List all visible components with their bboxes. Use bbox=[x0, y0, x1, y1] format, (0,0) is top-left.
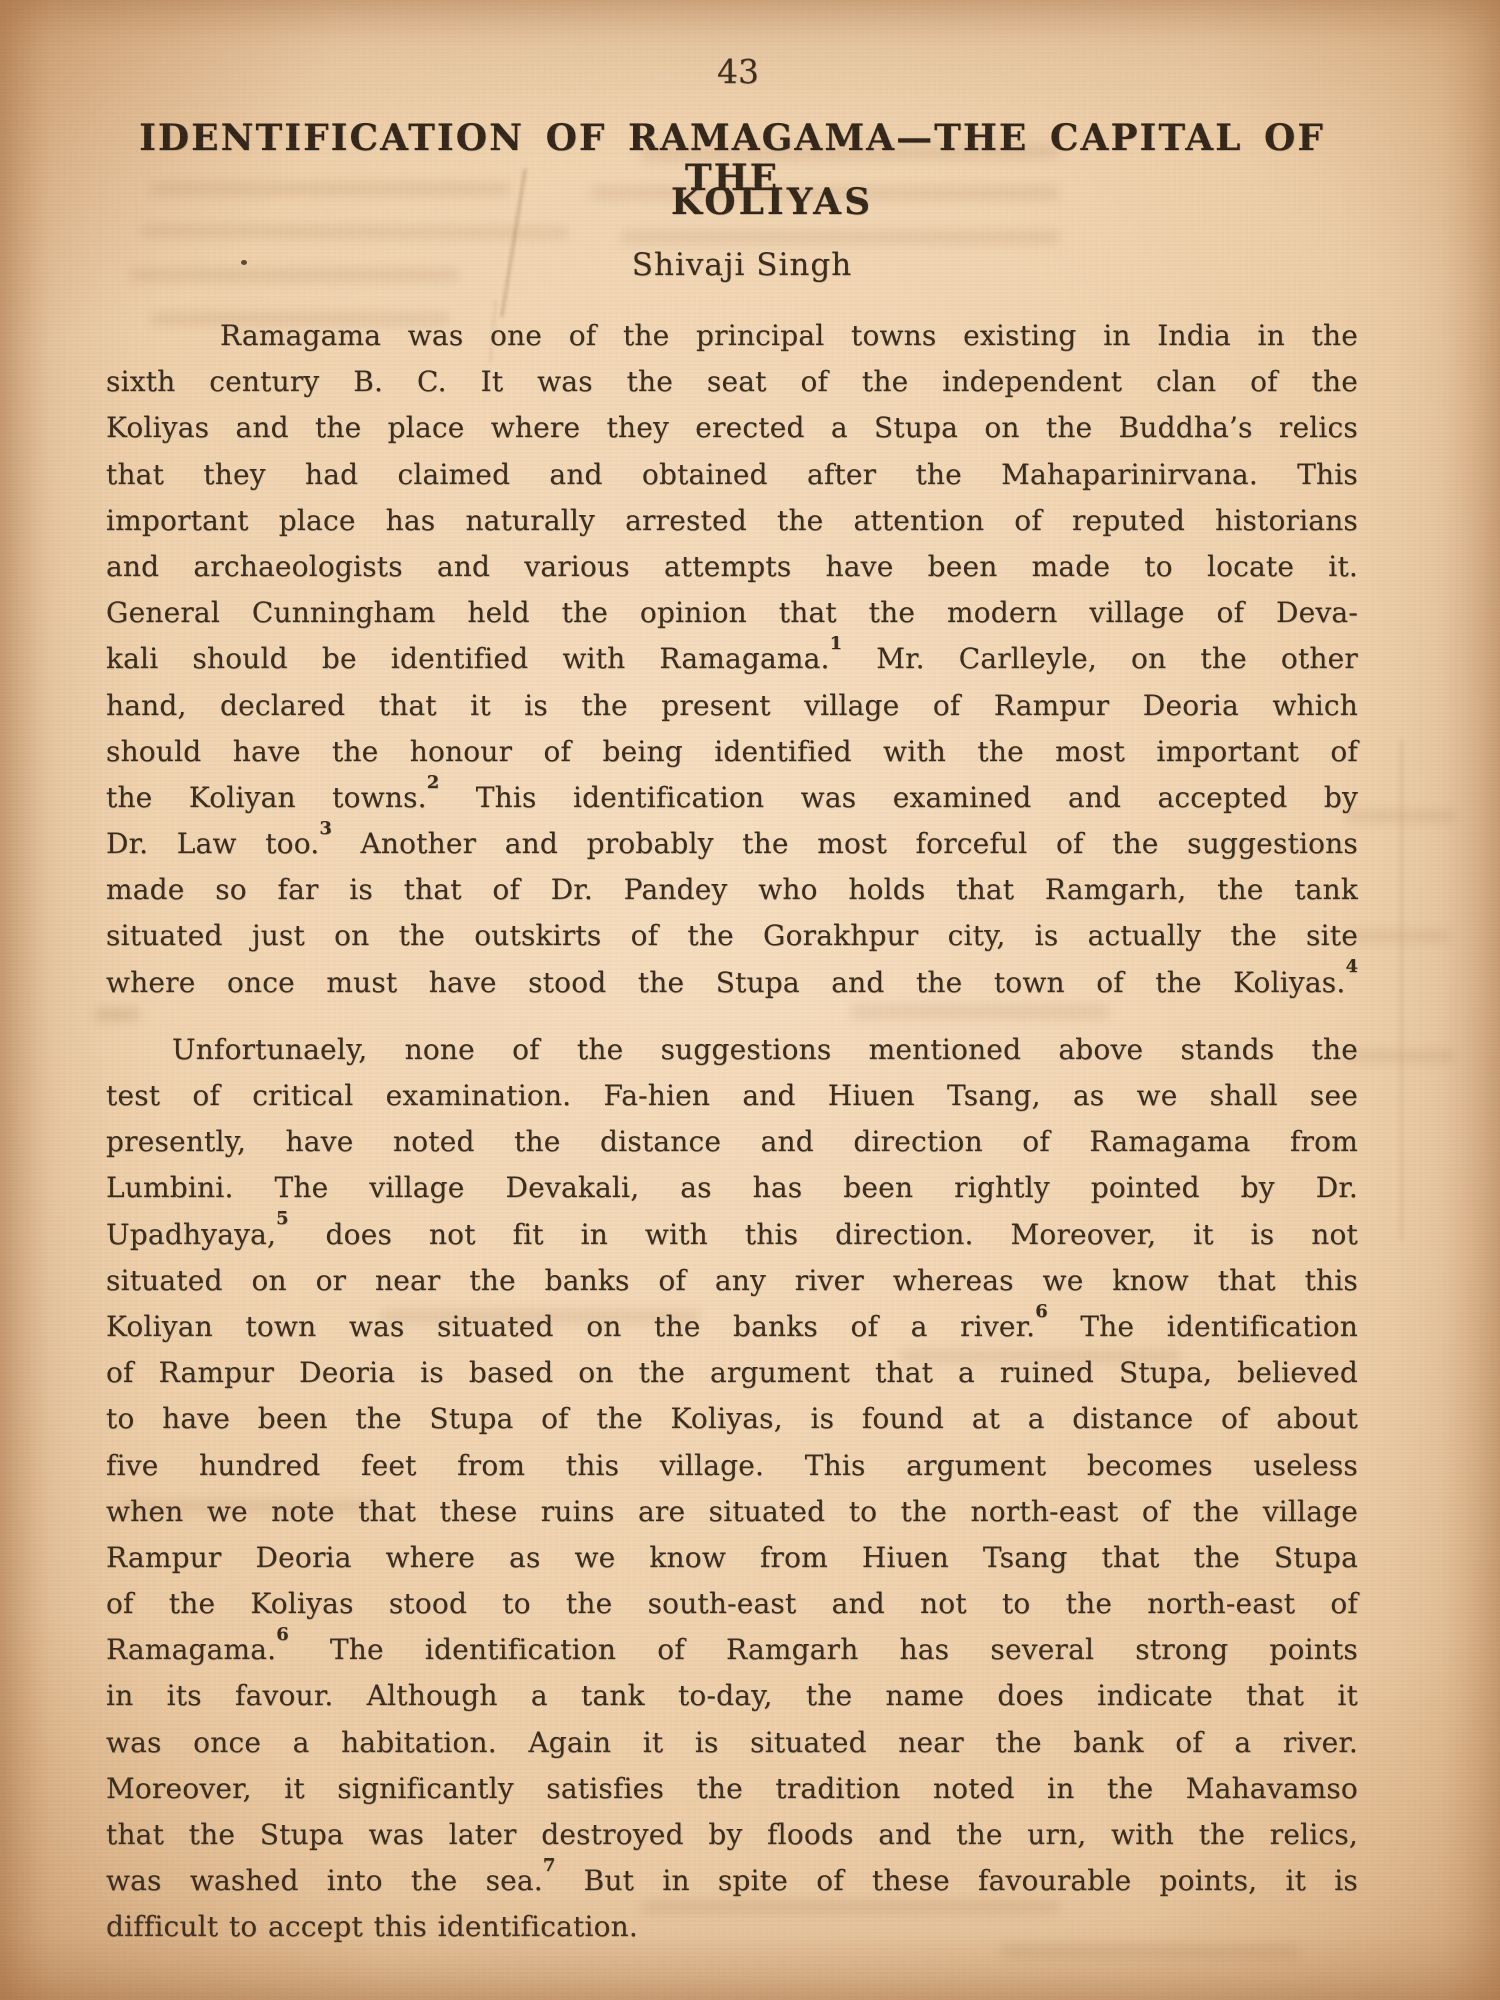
article-body: Ramagama was one of the principal towns … bbox=[106, 313, 1358, 1951]
text-line: test of critical examination. Fa-hien an… bbox=[106, 1073, 1358, 1119]
text-line: in its favour. Although a tank to-day, t… bbox=[106, 1673, 1358, 1719]
author-name: Shivaji Singh bbox=[116, 248, 1368, 282]
paper-crease bbox=[1400, 740, 1403, 1240]
text-line: Ramagama was one of the principal towns … bbox=[106, 313, 1358, 359]
footnote-marker: 1 bbox=[830, 633, 843, 654]
text-line: made so far is that of Dr. Pandey who ho… bbox=[106, 867, 1358, 913]
text-line: situated just on the outskirts of the Go… bbox=[106, 913, 1358, 959]
text-line: was washed into the sea.7 But in spite o… bbox=[106, 1858, 1358, 1904]
article-title-line2: KOLIYAS bbox=[146, 182, 1398, 222]
text-line: the Koliyan towns.2 This identification … bbox=[106, 775, 1358, 821]
text-line: of Rampur Deoria is based on the argumen… bbox=[106, 1350, 1358, 1396]
bleed-through-mark bbox=[620, 230, 1060, 244]
text-line: Moreover, it significantly satisfies the… bbox=[106, 1766, 1358, 1812]
paragraph: Unfortunaely, none of the suggestions me… bbox=[106, 1027, 1358, 1951]
text-line: that the Stupa was later destroyed by fl… bbox=[106, 1812, 1358, 1858]
text-line: Rampur Deoria where as we know from Hiue… bbox=[106, 1535, 1358, 1581]
text-line: where once must have stood the Stupa and… bbox=[106, 960, 1358, 1006]
bleed-through-mark bbox=[140, 224, 570, 240]
scanned-paper-page: 43 IDENTIFICATION OF RAMAGAMA—THE CAPITA… bbox=[0, 0, 1500, 2000]
text-line: Koliyas and the place where they erected… bbox=[106, 405, 1358, 451]
text-line: kali should be identified with Ramagama.… bbox=[106, 636, 1358, 682]
bleed-through-mark bbox=[1345, 810, 1455, 822]
page-number: 43 bbox=[112, 55, 1364, 88]
paragraph: Ramagama was one of the principal towns … bbox=[106, 313, 1358, 1006]
text-line: presently, have noted the distance and d… bbox=[106, 1119, 1358, 1165]
text-line: difficult to accept this identification. bbox=[106, 1904, 1358, 1950]
text-line: situated on or near the banks of any riv… bbox=[106, 1258, 1358, 1304]
text-line: of the Koliyas stood to the south-east a… bbox=[106, 1581, 1358, 1627]
bleed-through-mark bbox=[1345, 1050, 1455, 1062]
text-line: sixth century B. C. It was the seat of t… bbox=[106, 359, 1358, 405]
footnote-marker: 2 bbox=[427, 772, 440, 793]
text-line: General Cunningham held the opinion that… bbox=[106, 590, 1358, 636]
footnote-marker: 6 bbox=[276, 1624, 289, 1645]
footnote-marker: 6 bbox=[1035, 1301, 1048, 1322]
text-line: important place has naturally arrested t… bbox=[106, 498, 1358, 544]
footnote-marker: 4 bbox=[1345, 956, 1358, 977]
text-line: Unfortunaely, none of the suggestions me… bbox=[106, 1027, 1358, 1073]
text-line: when we note that these ruins are situat… bbox=[106, 1489, 1358, 1535]
bleed-through-mark bbox=[1350, 930, 1450, 942]
text-line: five hundred feet from this village. Thi… bbox=[106, 1443, 1358, 1489]
text-line: to have been the Stupa of the Koliyas, i… bbox=[106, 1396, 1358, 1442]
text-line: should have the honour of being identifi… bbox=[106, 729, 1358, 775]
text-line: Upadhyaya,5 does not fit in with this di… bbox=[106, 1212, 1358, 1258]
text-line: Ramagama.6 The identification of Ramgarh… bbox=[106, 1627, 1358, 1673]
text-line: was once a habitation. Again it is situa… bbox=[106, 1720, 1358, 1766]
footnote-marker: 3 bbox=[319, 818, 332, 839]
footnote-marker: 5 bbox=[276, 1208, 289, 1229]
text-line: Koliyan town was situated on the banks o… bbox=[106, 1304, 1358, 1350]
text-line: Dr. Law too.3 Another and probably the m… bbox=[106, 821, 1358, 867]
text-line: Lumbini. The village Devakali, as has be… bbox=[106, 1165, 1358, 1211]
text-line: and archaeologists and various attempts … bbox=[106, 544, 1358, 590]
text-line: that they had claimed and obtained after… bbox=[106, 452, 1358, 498]
text-line: hand, declared that it is the present vi… bbox=[106, 683, 1358, 729]
footnote-marker: 7 bbox=[543, 1855, 556, 1876]
